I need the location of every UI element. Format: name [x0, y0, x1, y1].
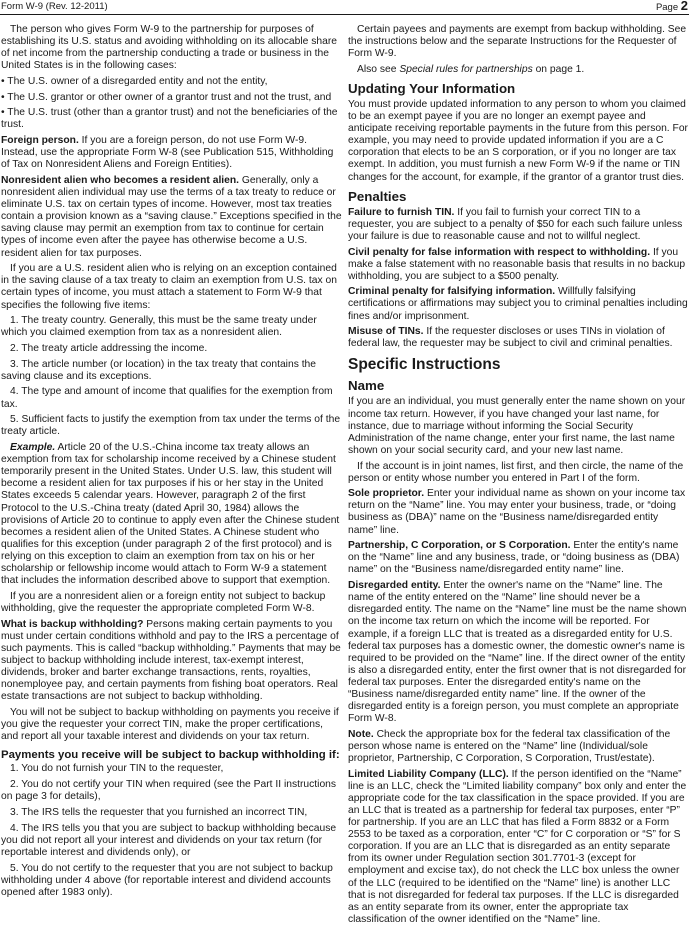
- note-paragraph: Note. Check the appropriate box for the …: [348, 729, 688, 765]
- right-column: Certain payees and payments are exempt f…: [348, 24, 688, 926]
- page-prefix: Page: [656, 2, 681, 13]
- left-column: The person who gives Form W-9 to the par…: [1, 24, 342, 902]
- payment-item: 1. You do not furnish your TIN to the re…: [1, 763, 342, 775]
- treaty-item: 3. The article number (or location) in t…: [1, 359, 342, 383]
- entity-paragraph: Partnership, C Corporation, or S Corpora…: [348, 540, 688, 576]
- updating-paragraph: You must provide updated information to …: [348, 99, 688, 184]
- also-see-paragraph: Also see Special rules for partnerships …: [348, 64, 688, 76]
- entity-paragraph: Disregarded entity. Enter the owner's na…: [348, 580, 688, 725]
- page-header: Form W-9 (Rev. 12-2011) Page 2: [0, 0, 689, 15]
- penalty-paragraph: Misuse of TINs. If the requester disclos…: [348, 326, 688, 350]
- form-label: Form W-9 (Rev. 12-2011): [1, 1, 108, 13]
- foreign-person-lead: Foreign person.: [1, 135, 79, 146]
- not-subject-paragraph: You will not be subject to backup withho…: [1, 707, 342, 743]
- name-paragraph: If you are an individual, you must gener…: [348, 396, 688, 456]
- exempt-payees-paragraph: Certain payees and payments are exempt f…: [348, 24, 688, 60]
- nonresident-lead: Nonresident alien who becomes a resident…: [1, 175, 239, 186]
- bullet-item: • The U.S. grantor or other owner of a g…: [1, 92, 342, 104]
- payment-item: 2. You do not certify your TIN when requ…: [1, 779, 342, 803]
- special-rules-reference: Special rules for partnerships: [399, 64, 532, 75]
- treaty-item: 4. The type and amount of income that qu…: [1, 386, 342, 410]
- page-indicator: Page 2: [656, 0, 688, 14]
- joint-names-paragraph: If the account is in joint names, list f…: [348, 461, 688, 485]
- entity-paragraph: Sole proprietor. Enter your individual n…: [348, 488, 688, 536]
- nonresident-paragraph: Nonresident alien who becomes a resident…: [1, 175, 342, 260]
- treaty-item: 5. Sufficient facts to justify the exemp…: [1, 414, 342, 438]
- treaty-item: 2. The treaty article addressing the inc…: [1, 343, 342, 355]
- example-paragraph: Example. Article 20 of the U.S.-China in…: [1, 442, 342, 587]
- penalty-paragraph: Civil penalty for false information with…: [348, 247, 688, 283]
- penalty-paragraph: Criminal penalty for falsifying informat…: [348, 286, 688, 322]
- updating-heading: Updating Your Information: [348, 81, 688, 96]
- payment-item: 5. You do not certify to the requester t…: [1, 863, 342, 899]
- bullet-item: • The U.S. owner of a disregarded entity…: [1, 76, 342, 88]
- backup-withholding-lead: What is backup withholding?: [1, 619, 143, 630]
- payment-item: 4. The IRS tells you that you are subjec…: [1, 823, 342, 859]
- payment-item: 3. The IRS tells the requester that you …: [1, 807, 342, 819]
- specific-instructions-heading: Specific Instructions: [348, 356, 688, 373]
- treaty-item: 1. The treaty country. Generally, this m…: [1, 315, 342, 339]
- partnership-paragraph: The person who gives Form W-9 to the par…: [1, 24, 342, 72]
- example-lead: Example.: [10, 442, 55, 453]
- foreign-person-paragraph: Foreign person. If you are a foreign per…: [1, 135, 342, 171]
- resident-statement-paragraph: If you are a U.S. resident alien who is …: [1, 263, 342, 311]
- penalties-heading: Penalties: [348, 189, 688, 204]
- penalty-paragraph: Failure to furnish TIN. If you fail to f…: [348, 207, 688, 243]
- backup-withholding-paragraph: What is backup withholding? Persons maki…: [1, 619, 342, 704]
- name-heading: Name: [348, 378, 688, 393]
- bullet-item: • The U.S. trust (other than a grantor t…: [1, 107, 342, 131]
- payments-heading: Payments you receive will be subject to …: [1, 749, 342, 761]
- page-number: 2: [681, 0, 688, 13]
- llc-paragraph: Limited Liability Company (LLC). If the …: [348, 769, 688, 926]
- nonresident-w8-paragraph: If you are a nonresident alien or a fore…: [1, 591, 342, 615]
